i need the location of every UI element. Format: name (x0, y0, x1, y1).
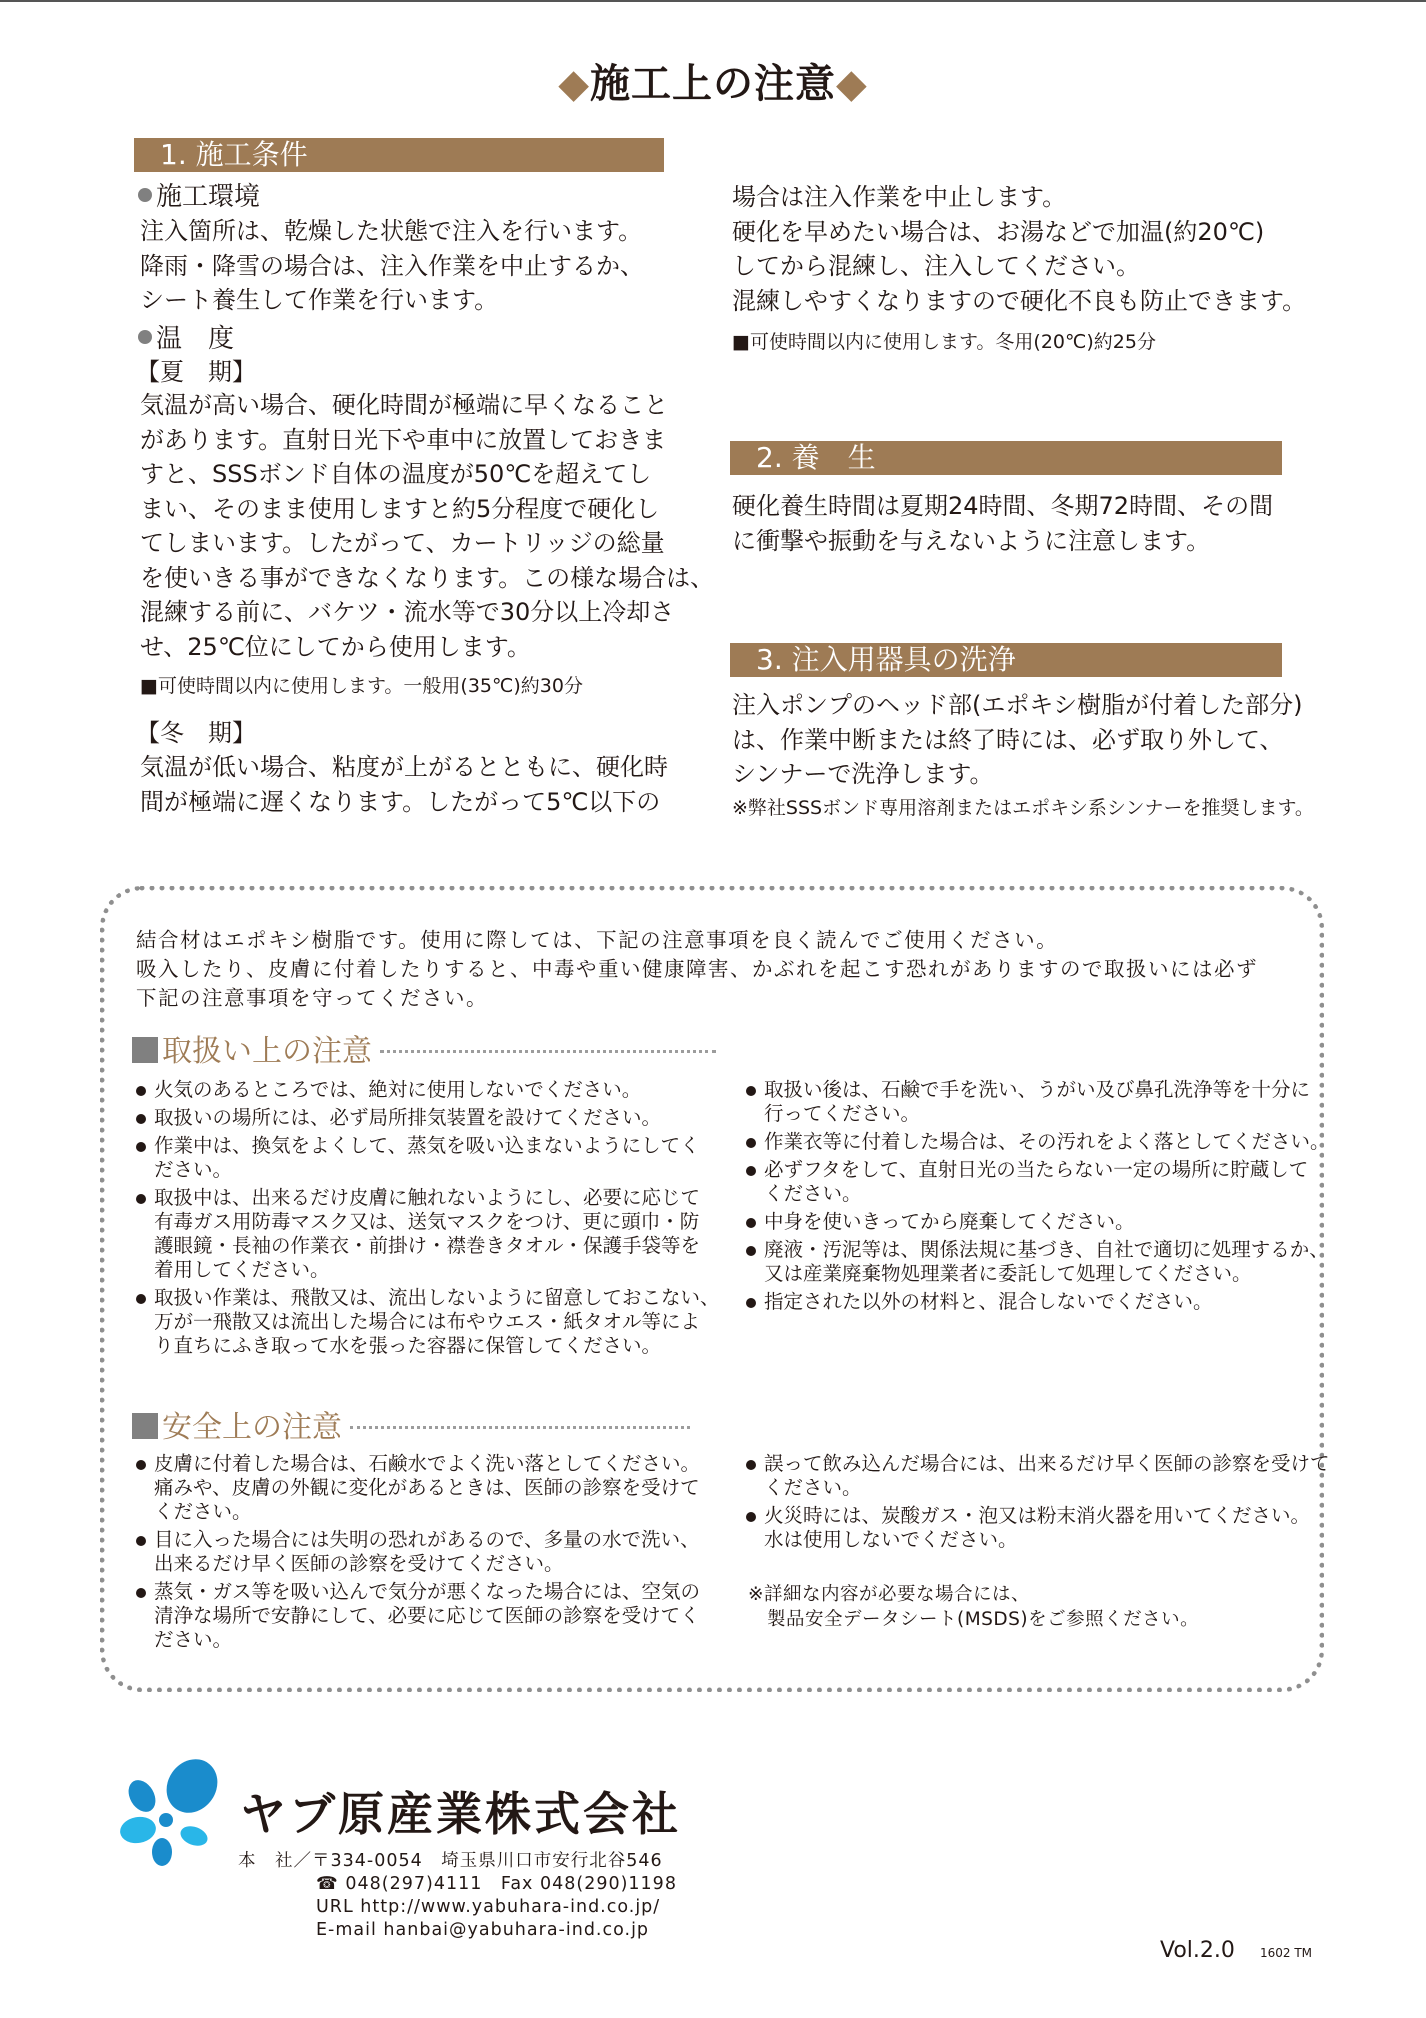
winter-text-right: 場合は注入作業を中止します。 硬化を早めたい場合は、お湯などで加温(約20℃) … (732, 180, 1306, 318)
bullet-dot-icon (138, 188, 152, 202)
company-address: 本 社／〒334-0054 埼玉県川口市安行北谷546 (238, 1850, 663, 1873)
square-marker-icon (132, 1037, 158, 1063)
handling-list-right: 取扱い後は、石鹸で手を洗い、うがい及び鼻孔洗浄等を十分に 行ってください。 作業… (744, 1078, 1330, 1318)
list-item: 火災時には、炭酸ガス・泡又は粉末消火器を用いてください。 水は使用しないでくださ… (744, 1504, 1330, 1552)
top-border-line (0, 0, 1426, 2)
company-url[interactable]: URL http://www.yabuhara-ind.co.jp/ (316, 1896, 660, 1919)
list-item: 指定された以外の材料と、混合しないでください。 (744, 1290, 1330, 1314)
handling-caution-heading: 取扱い上の注意 (132, 1032, 716, 1072)
list-item: 取扱い後は、石鹸で手を洗い、うがい及び鼻孔洗浄等を十分に 行ってください。 (744, 1078, 1330, 1126)
list-item: 皮膚に付着した場合は、石鹸水でよく洗い落としてください。 痛みや、皮膚の外観に変… (134, 1452, 700, 1524)
subheading-environment: 施工環境 (138, 180, 260, 214)
diamond-ornament-icon: ◆ (558, 61, 590, 107)
square-marker-icon (132, 1413, 158, 1439)
safety-list-right: 誤って飲み込んだ場合には、出来るだけ早く医師の診察を受けて ください。 火災時に… (744, 1452, 1330, 1556)
list-item: 中身を使いきってから廃棄してください。 (744, 1210, 1330, 1234)
list-item: 取扱中は、出来るだけ皮膚に触れないようにし、必要に応じて 有毒ガス用防毒マスク又… (134, 1186, 720, 1282)
page-title: ◆施工上の注意◆ (0, 52, 1426, 109)
msds-reference-note: ※詳細な内容が必要な場合には、 製品安全データシート(MSDS)をご参照ください… (748, 1582, 1199, 1632)
summer-pot-life-note: ■可使時間以内に使用します。一般用(35℃)約30分 (140, 672, 583, 700)
list-item: 蒸気・ガス等を吸い込んで気分が悪くなった場合には、空気の 清浄な場所で安静にして… (134, 1580, 700, 1652)
document-version: Vol.2.0 (1160, 1938, 1235, 1963)
summer-text: 気温が高い場合、硬化時間が極端に早くなること があります。直射日光下や車中に放置… (140, 388, 714, 664)
list-item: 目に入った場合には失明の恐れがあるので、多量の水で洗い、 出来るだけ早く医師の診… (134, 1528, 700, 1576)
company-name: ヤブ原産業株式会社 (240, 1786, 681, 1842)
company-email[interactable]: E-mail hanbai@yabuhara-ind.co.jp (316, 1919, 649, 1942)
list-item: 取扱い作業は、飛散又は、流出しないように留意しておこない、 万が一飛散又は流出し… (134, 1286, 720, 1358)
list-item: 作業中は、換気をよくして、蒸気を吸い込まないようにしてく ださい。 (134, 1134, 720, 1182)
winter-pot-life-note: ■可使時間以内に使用します。冬用(20℃)約25分 (732, 328, 1156, 356)
summer-label: 【夏 期】 (136, 355, 256, 390)
section-heading-construction-conditions: 1. 施工条件 (134, 138, 664, 172)
list-item: 必ずフタをして、直射日光の当たらない一定の場所に貯蔵して ください。 (744, 1158, 1330, 1206)
diamond-ornament-icon: ◆ (836, 61, 868, 107)
section-heading-tool-cleaning: 3. 注入用器具の洗浄 (730, 643, 1282, 677)
tool-cleaning-text: 注入ポンプのヘッド部(エポキシ樹脂が付着した部分) は、作業中断または終了時には… (732, 688, 1303, 792)
company-logo-icon (120, 1756, 230, 1866)
list-item: 誤って飲み込んだ場合には、出来るだけ早く医師の診察を受けて ください。 (744, 1452, 1330, 1500)
winter-label: 【冬 期】 (136, 716, 256, 751)
dotted-leader-line (380, 1050, 716, 1053)
page-title-text: 施工上の注意 (590, 61, 836, 107)
curing-text: 硬化養生時間は夏期24時間、冬期72時間、その間 に衝撃や振動を与えないように注… (732, 489, 1273, 558)
caution-intro-text: 結合材はエポキシ樹脂です。使用に際しては、下記の注意事項を良く読んでご使用くださ… (136, 926, 1258, 1013)
safety-caution-heading: 安全上の注意 (132, 1408, 690, 1448)
section-heading-curing: 2. 養 生 (730, 441, 1282, 475)
handling-list-left: 火気のあるところでは、絶対に使用しないでください。 取扱いの場所には、必ず局所排… (134, 1078, 720, 1362)
environment-text: 注入箇所は、乾燥した状態で注入を行います。 降雨・降雪の場合は、注入作業を中止す… (140, 214, 644, 318)
list-item: 火気のあるところでは、絶対に使用しないでください。 (134, 1078, 720, 1102)
document-version-code: 1602 TM (1260, 1946, 1312, 1960)
list-item: 作業衣等に付着した場合は、その汚れをよく落としてください。 (744, 1130, 1330, 1154)
tool-cleaning-note: ※弊社SSSボンド専用溶剤またはエポキシ系シンナーを推奨します。 (732, 794, 1314, 822)
list-item: 廃液・汚泥等は、関係法規に基づき、自社で適切に処理するか、 又は産業廃棄物処理業… (744, 1238, 1330, 1286)
bullet-dot-icon (138, 330, 152, 344)
winter-text-left: 気温が低い場合、粘度が上がるとともに、硬化時 間が極端に遅くなります。したがって… (140, 750, 668, 819)
dotted-leader-line (350, 1426, 690, 1429)
company-phone-fax: ☎ 048(297)4111 Fax 048(290)1198 (316, 1873, 677, 1896)
subheading-temperature: 温 度 (138, 322, 234, 356)
safety-list-left: 皮膚に付着した場合は、石鹸水でよく洗い落としてください。 痛みや、皮膚の外観に変… (134, 1452, 700, 1656)
list-item: 取扱いの場所には、必ず局所排気装置を設けてください。 (134, 1106, 720, 1130)
